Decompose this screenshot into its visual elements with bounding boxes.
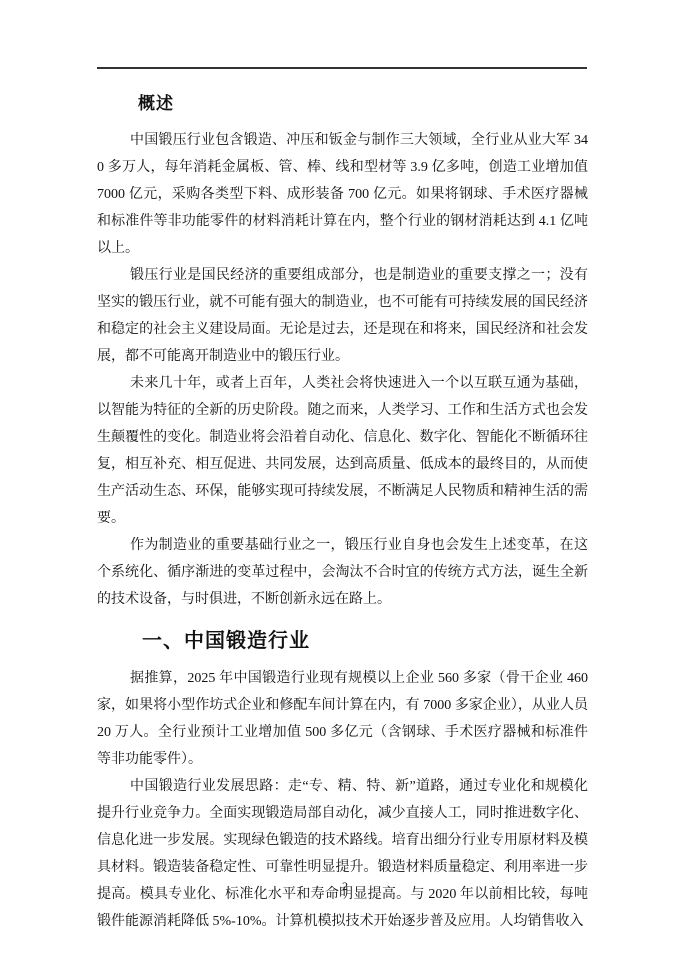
overview-paragraph-2: 锻压行业是国民经济的重要组成部分，也是制造业的重要支撑之一；没有坚实的锻压行业，… [97, 262, 588, 370]
section1-paragraph-2: 中国锻造行业发展思路：走“专、精、特、新”道路，通过专业化和规模化提升行业竞争力… [97, 773, 588, 935]
document-page: 概述 中国锻压行业包含锻造、冲压和钣金与制作三大领域，全行业从业大军 340 多… [0, 0, 690, 975]
section1-heading: 一、中国锻造行业 [142, 627, 588, 655]
overview-paragraph-4: 作为制造业的重要基础行业之一，锻压行业自身也会发生上述变革，在这个系统化、循序渐… [97, 532, 588, 613]
section1-paragraph-1: 据推算，2025 年中国锻造行业现有规模以上企业 560 多家（骨干企业 460… [97, 665, 588, 773]
overview-paragraph-1: 中国锻压行业包含锻造、冲压和钣金与制作三大领域，全行业从业大军 340 多万人，… [97, 127, 588, 262]
overview-heading: 概述 [138, 93, 588, 115]
document-body: 概述 中国锻压行业包含锻造、冲压和钣金与制作三大领域，全行业从业大军 340 多… [97, 69, 588, 935]
page-number: 2 [0, 876, 690, 896]
overview-paragraph-3: 未来几十年，或者上百年，人类社会将快速进入一个以互联互通为基础，以智能为特征的全… [97, 370, 588, 532]
